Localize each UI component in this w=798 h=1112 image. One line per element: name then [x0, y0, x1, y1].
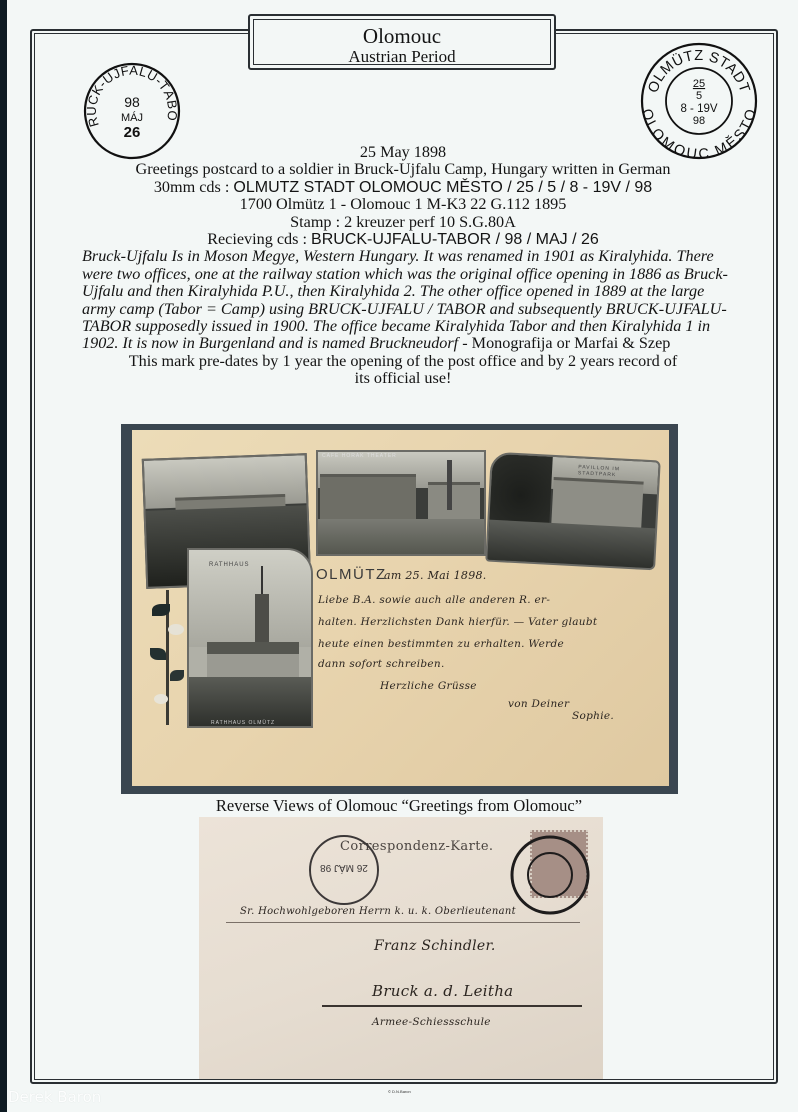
copyright-notice: © D.N.Baron: [388, 1089, 411, 1094]
dispatch-postmark-month: 5: [696, 90, 702, 102]
handwritten-line: heute einen bestimmten zu erhalten. Werd…: [318, 638, 564, 650]
handwritten-line: dann sofort schreiben.: [318, 658, 445, 670]
receiving-cds-value: BRUCK-UJFALU-TABOR / 98 / MAJ / 26: [311, 231, 599, 248]
reverse-caption: Reverse Views of Olomouc “Greetings from…: [0, 796, 798, 816]
title-box: Olomouc Austrian Period: [248, 14, 556, 70]
handwritten-greeting: Herzliche Grüsse: [380, 680, 477, 692]
predates-note-line1: This mark pre-dates by 1 year the openin…: [78, 353, 728, 370]
scan-edge: [0, 0, 7, 1112]
page-subtitle: Austrian Period: [254, 47, 550, 67]
reverse-dispatch-postmark: [509, 834, 591, 916]
description-block: 25 May 1898 Greetings postcard to a sold…: [78, 144, 728, 388]
dispatch-postmark-year: 98: [693, 115, 705, 127]
receiving-postmark-day: 26: [124, 124, 141, 141]
vignette-park-pavilion: PAVILLON IM STADTPARK: [485, 452, 661, 571]
svg-text:26 MÁJ 98: 26 MÁJ 98: [320, 862, 368, 875]
dispatch-cds-line: 30mm cds : OLMUTZ STADT OLOMOUC MĚSTO / …: [78, 179, 728, 196]
address-line-town: Bruck a. d. Leitha: [372, 982, 513, 1000]
vignette-caption-rathhaus: RATHHAUS: [209, 562, 250, 568]
reverse-receiving-postmark: 26 MÁJ 98: [307, 833, 381, 907]
handwritten-date: am 25. Mai 1898.: [384, 569, 487, 582]
page-title: Olomouc: [254, 25, 550, 47]
printed-town-name: OLMÜTZ: [316, 566, 387, 583]
handwritten-line: halten. Herzlichsten Dank hierfür. — Vat…: [318, 616, 597, 628]
dispatch-postmark: OLMÜTZ STADT OLOMOUC MĚSTO 25 5 8 - 19V …: [639, 41, 759, 161]
history-paragraph: Bruck-Ujfalu Is in Moson Megye, Western …: [78, 248, 728, 352]
address-rule: [322, 1005, 582, 1007]
cover-date: 25 May 1898: [78, 144, 728, 161]
receiving-postmark-year: 98: [124, 94, 140, 110]
vignette-caption-theatre: CAFE HORAK THEATER: [322, 453, 397, 459]
address-rule: [226, 922, 580, 923]
catalogue-reference: 1700 Olmütz 1 - Olomouc 1 M-K3 22 G.112 …: [78, 196, 728, 213]
handwritten-line: Liebe B.A. sowie auch alle anderen R. er…: [318, 594, 550, 606]
dispatch-postmark-time: 8 - 19V: [680, 103, 717, 115]
vignette-theatre-square: CAFE HORAK THEATER: [316, 450, 486, 556]
address-line-title: Sr. Hochwohlgeboren Herrn k. u. k. Oberl…: [240, 906, 516, 917]
vignette-caption-rathhaus-bottom: RATHHAUS OLMÜTZ: [211, 720, 275, 726]
handwritten-signature: Sophie.: [572, 710, 614, 722]
vignette-town-hall: RATHHAUS RATHHAUS OLMÜTZ: [187, 548, 313, 728]
front-postcard-image: CAFE HORAK THEATER PAVILLON IM STADTPARK…: [132, 430, 669, 786]
history-source: - Monografija or Marfai & Szep: [458, 334, 670, 352]
dispatch-cds-value: OLMUTZ STADT OLOMOUC MĚSTO / 25 / 5 / 8 …: [233, 179, 652, 196]
receiving-cds-label: Recieving cds :: [207, 230, 311, 248]
predates-note-line2: its official use!: [78, 370, 728, 387]
greetings-line: Greetings postcard to a soldier in Bruck…: [78, 161, 728, 178]
stamp-description: Stamp : 2 kreuzer perf 10 S.G.80A: [78, 214, 728, 231]
dispatch-cds-label: 30mm cds :: [154, 178, 234, 196]
address-line-name: Franz Schindler.: [374, 938, 496, 954]
receiving-cds-line: Recieving cds : BRUCK-UJFALU-TABOR / 98 …: [78, 231, 728, 248]
handwritten-closing: von Deiner: [508, 698, 569, 710]
watermark: Derek Baron: [8, 1088, 101, 1106]
address-line-unit: Armee-Schiessschule: [372, 1016, 491, 1028]
floral-decoration: [148, 590, 188, 725]
receiving-postmark-month: MÁJ: [121, 111, 143, 124]
dispatch-postmark-day: 25: [693, 78, 705, 90]
